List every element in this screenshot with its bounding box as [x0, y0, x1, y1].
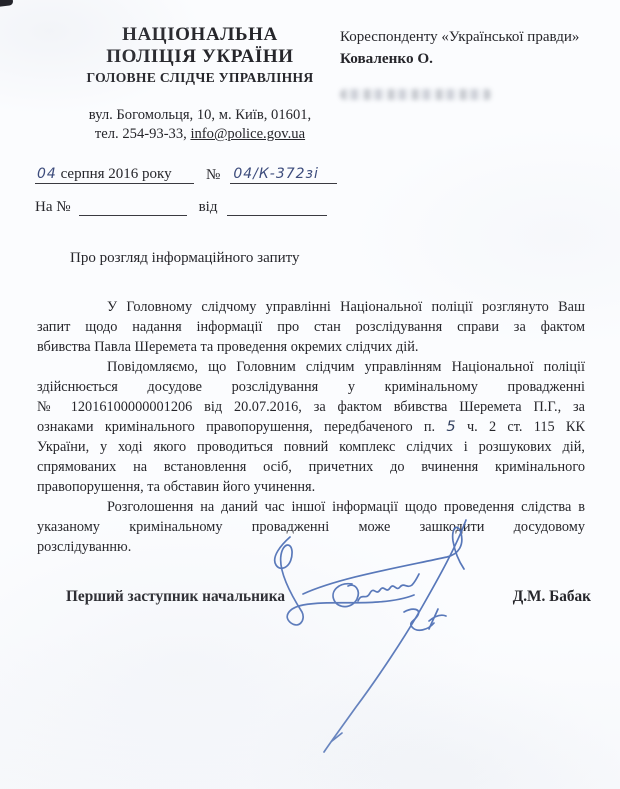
reply-label: На № [35, 199, 71, 216]
body-line: Повідомляємо, що Головним слідчим управл… [37, 357, 585, 377]
letterhead-org-block: НАЦІОНАЛЬНА ПОЛІЦІЯ УКРАЇНИ ГОЛОВНЕ СЛІД… [52, 24, 348, 144]
reply-number-field [79, 215, 187, 216]
body-line: запит щодо надання інформації про стан р… [37, 317, 585, 337]
org-name-line2: ПОЛІЦІЯ УКРАЇНИ [52, 46, 348, 68]
body-line: України, у ході якого проводиться повний… [37, 437, 585, 457]
number-field: 04/К-372зі [230, 166, 337, 184]
org-address-line1: вул. Богомольця, 10, м. Київ, 01601, [52, 106, 348, 125]
org-contact-line: тел. 254-93-33, info@police.gov.ua [52, 125, 348, 144]
org-name-line1: НАЦІОНАЛЬНА [52, 24, 348, 46]
body-line: спрямованих на встановлення осіб, причет… [37, 457, 585, 477]
body-line: Розголошення на даний час іншої інформац… [37, 497, 585, 517]
body-line: вбивства Павла Шеремета та проведення ок… [37, 337, 585, 357]
body-line: указаному кримінальному провадженні може… [37, 517, 585, 537]
org-department: ГОЛОВНЕ СЛІДЧЕ УПРАВЛІННЯ [52, 69, 348, 87]
letter-body: У Головному слідчому управлінні Націонал… [37, 297, 585, 557]
subject-line: Про розгляд інформаційного запиту [70, 250, 299, 267]
body-line-with-handwriting: ознаками кримінального правопорушення, п… [37, 417, 585, 437]
body-line: № 12016100000001206 від 20.07.2016, за ф… [37, 397, 585, 417]
body-line: У Головному слідчому управлінні Націонал… [37, 297, 585, 317]
date-handwritten: 04 [37, 166, 57, 182]
from-label: від [199, 199, 218, 216]
body-line: здійснюється досудове розслідування у кр… [37, 377, 585, 397]
recipient-name: Коваленко О. [340, 50, 600, 68]
blurred-email [340, 89, 492, 100]
date-field: 04 серпня 2016 року [35, 166, 194, 184]
reply-row: На № від [35, 193, 365, 216]
body-line: розслідуванню. [37, 537, 585, 557]
recipient-title: Кореспонденту «Української правди» [340, 28, 600, 47]
recipient-block: Кореспонденту «Української правди» Ковал… [340, 28, 600, 100]
from-date-field [227, 215, 327, 216]
date-printed: серпня 2016 року [57, 166, 172, 182]
org-phone: тел. 254-93-33, [95, 126, 191, 142]
body-line-part: ч. 2 ст. 115 КК [456, 419, 585, 435]
signer-title: Перший заступник начальника [66, 588, 285, 606]
scan-artifact-corner [0, 0, 13, 7]
date-number-row: 04 серпня 2016 року № 04/К-372зі [35, 161, 365, 184]
handwritten-clause-number: 5 [446, 418, 455, 435]
scanned-letter-page: НАЦІОНАЛЬНА ПОЛІЦІЯ УКРАЇНИ ГОЛОВНЕ СЛІД… [0, 0, 620, 789]
org-address: вул. Богомольця, 10, м. Київ, 01601, тел… [52, 106, 348, 144]
number-label: № [206, 167, 220, 184]
body-line-part: ознаками кримінального правопорушення, п… [37, 419, 446, 435]
reference-block: 04 серпня 2016 року № 04/К-372зі На № ві… [35, 161, 365, 216]
signer-name: Д.М. Бабак [513, 588, 591, 606]
org-email: info@police.gov.ua [190, 126, 305, 142]
body-line: правопорушення, та обставин його учиненн… [37, 477, 585, 497]
signature-row: Перший заступник начальника Д.М. Бабак [66, 588, 591, 606]
number-handwritten: 04/К-372зі [233, 166, 319, 182]
